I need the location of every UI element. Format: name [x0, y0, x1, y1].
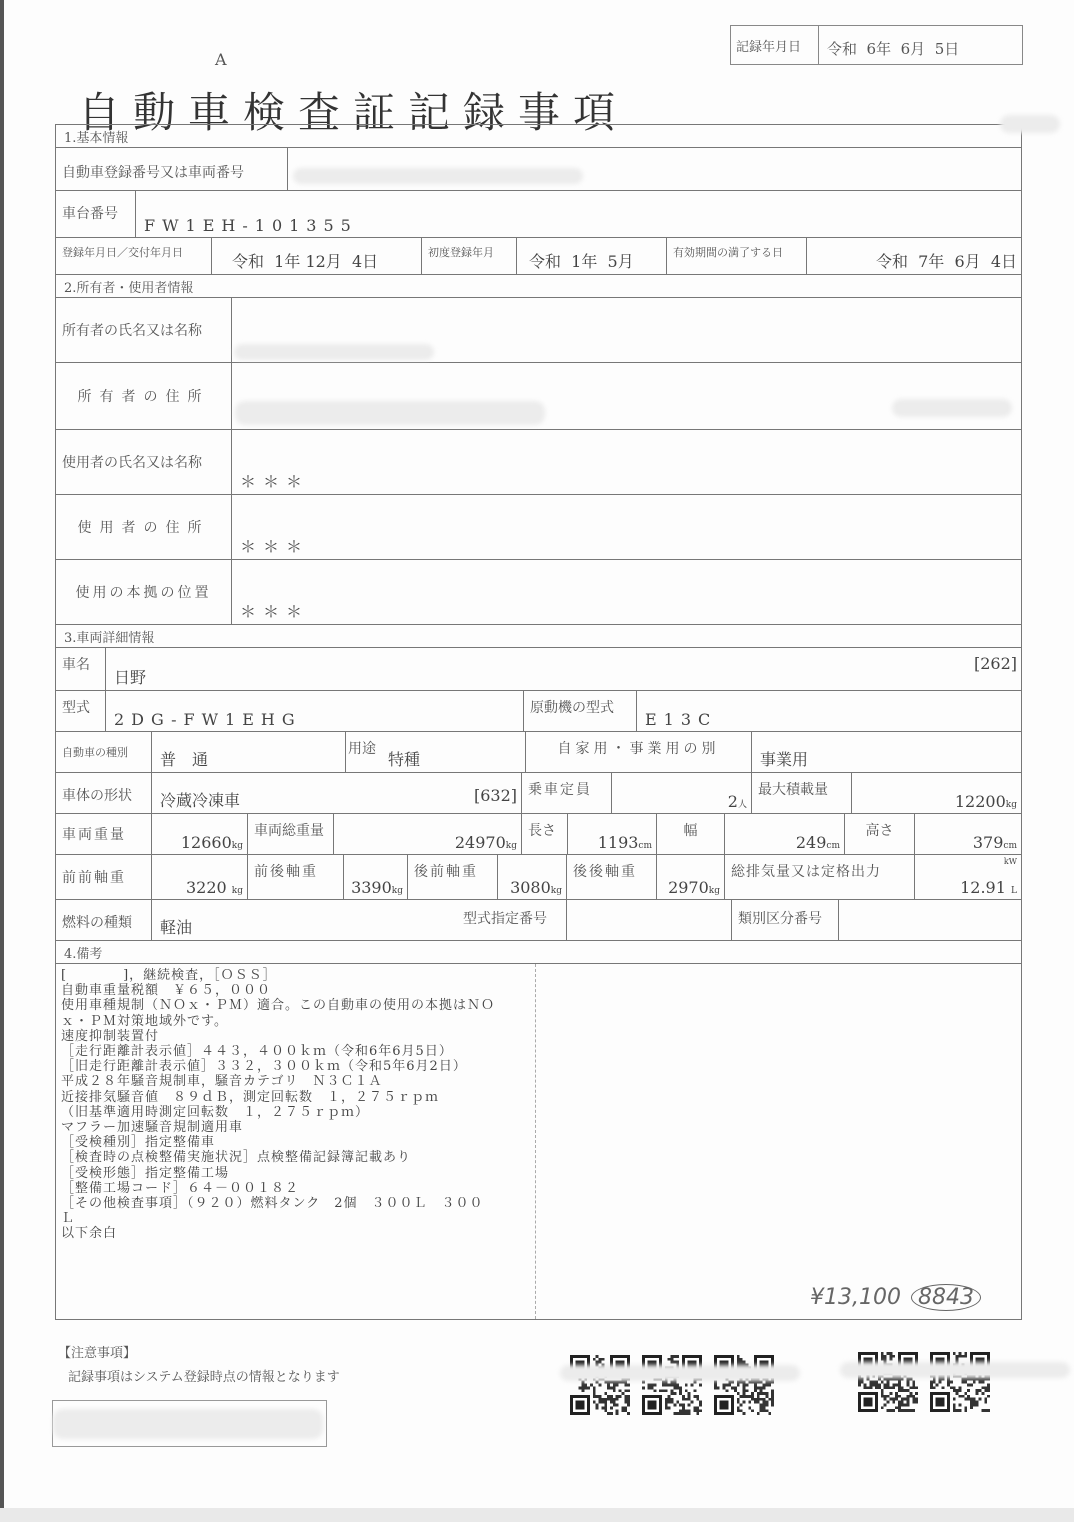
remarks-line: 以下余白	[61, 1226, 530, 1241]
record-date-label: 記録年月日	[731, 26, 819, 64]
qr-code-icon	[930, 1352, 990, 1412]
redacted-qr-band	[840, 1362, 1070, 1378]
user-address-row: 使用者の住所 ＊＊＊	[56, 495, 1021, 560]
body-shape-row: 車体の形状 冷蔵冷凍車 [632] 乗車定員 2人 最大積載量 12200kg	[56, 773, 1021, 814]
user-address-value: ＊＊＊	[240, 534, 309, 557]
engine-value: E13C	[645, 710, 717, 729]
rf-axle-label: 後前軸重	[408, 855, 497, 887]
handwritten-circled-number: 8843	[911, 1284, 981, 1311]
notice-title: 【注意事項】	[58, 1342, 136, 1361]
type-designation-label: 型式指定番号	[457, 900, 566, 934]
user-name-value: ＊＊＊	[240, 469, 309, 492]
use-value: 特種	[388, 747, 420, 770]
owner-address-label: 所有者の住所	[72, 380, 216, 412]
base-location-value: ＊＊＊	[240, 599, 309, 622]
chassis-number-value: FW1EH-101355	[144, 216, 358, 235]
private-business-label: 自家用・事業用の別	[526, 732, 751, 764]
remarks-line: ［旧走行距離計表示値］３３２，３００ｋｍ（令和5年6月2日）	[61, 1059, 530, 1074]
height-label: 高さ	[845, 814, 914, 846]
chassis-number-row: 車台番号 FW1EH-101355	[56, 191, 1021, 238]
redacted-owner-address	[235, 401, 545, 425]
section-owner-heading: 2.所有者・使用者情報	[56, 275, 1021, 298]
redacted-stamp-box	[52, 1400, 327, 1447]
body-shape-code: [632]	[474, 786, 517, 805]
remarks-line: 近接排気騒音値 ８９ｄＢ，測定回転数 １，２７５ｒｐｍ	[61, 1090, 530, 1105]
qr-code-icon	[570, 1355, 630, 1415]
notice-text: 記録事項はシステム登録時点の情報となります	[68, 1366, 340, 1385]
width-label: 幅	[657, 814, 724, 846]
chassis-number-label: 車台番号	[56, 191, 135, 229]
qr-code-icon	[858, 1352, 918, 1412]
kind-row: 自動車の種別 普 通 用途 特種 自家用・事業用の別 事業用	[56, 732, 1021, 773]
form-mark: A	[215, 50, 227, 69]
remarks-line: （旧基準適用時測定回転数 １，２７５ｒｐｍ）	[61, 1105, 530, 1120]
user-address-label: 使用者の住所	[72, 511, 216, 543]
remarks-line: 自動車重量税額 ￥６５，０００	[61, 983, 530, 998]
remarks-line: 平成２８年騒音規制車，騒音カテゴリ Ｎ３Ｃ１Ａ	[61, 1074, 530, 1089]
registration-number-label: 自動車登録番号又は車両番号	[56, 148, 287, 188]
owner-address-row: 所有者の住所	[56, 363, 1021, 430]
vehicle-name-value: 日野	[114, 665, 146, 688]
inspection-form: 1.基本情報 自動車登録番号又は車両番号 車台番号 FW1EH-101355 登…	[55, 124, 1022, 1320]
fr-axle-value: 3390kg	[351, 878, 403, 897]
remarks-line: マフラー加速騒音規制適用車	[61, 1120, 530, 1135]
fuel-row: 燃料の種類 軽油 型式指定番号 類別区分番号	[56, 900, 1021, 941]
kind-value: 普 通	[160, 747, 208, 770]
expiry-label: 有効期間の満了する日	[667, 238, 806, 266]
capacity-label: 乗車定員	[522, 773, 611, 805]
rf-axle-value: 3080kg	[510, 878, 562, 897]
rr-axle-value: 2970kg	[668, 878, 720, 897]
user-name-label: 使用者の氏名又は名称	[56, 446, 208, 478]
section-heading: 3.車両詳細情報	[56, 625, 1021, 647]
remarks-line: ［整備工場コード］６４－００１８２	[61, 1181, 530, 1196]
displacement-value: 12.91 L	[960, 878, 1017, 897]
gross-weight-label: 車両総重量	[248, 814, 333, 846]
base-location-row: 使用の本拠の位置 ＊＊＊	[56, 560, 1021, 625]
qr-code-icon	[642, 1355, 702, 1415]
remarks-line: ｘ・ＰＭ対策地域外です。	[61, 1014, 530, 1029]
redacted-qr-band	[560, 1365, 800, 1381]
owner-name-row: 所有者の氏名又は名称	[56, 298, 1021, 363]
owner-name-label: 所有者の氏名又は名称	[56, 314, 208, 346]
first-registration-value: 令和 1年 5月	[529, 249, 634, 272]
displacement-label: 総排気量又は定格出力	[725, 855, 914, 887]
handwritten-amount: ¥13,100	[810, 1285, 901, 1310]
ff-axle-label: 前前軸重	[56, 855, 151, 893]
first-registration-label: 初度登録年月	[422, 238, 516, 266]
scan-bottom	[0, 1508, 1074, 1522]
remarks-line: [ ]，継続検査，［ＯＳＳ］	[61, 968, 530, 983]
body-shape-label: 車体の形状	[56, 773, 151, 811]
section-heading: 4.備考	[56, 941, 1021, 963]
remarks-line: 速度抑制装置付	[61, 1029, 530, 1044]
remarks-area: [ ]，継続検査，［ＯＳＳ］自動車重量税額 ￥６５，０００使用車種規制（ＮＯｘ・…	[56, 964, 1021, 1319]
dates-row: 登録年月日／交付年月日 令和 1年 12月 4日 初度登録年月 令和 1年 5月…	[56, 238, 1021, 275]
remarks-line: ［その他検査事項］（９２０）燃料タンク 2個 ３００Ｌ ３００	[61, 1196, 530, 1211]
weights-dimensions-row: 車両重量 12660kg 車両総重量 24970kg 長さ 1193cm 幅 2…	[56, 814, 1021, 855]
displacement-unit-kw: kW	[1004, 857, 1017, 866]
axle-weights-row: 前前軸重 3220 kg 前後軸重 3390kg 後前軸重 3080kg 後後軸…	[56, 855, 1021, 900]
fr-axle-label: 前後軸重	[248, 855, 343, 887]
remarks-line: Ｌ	[61, 1211, 530, 1226]
redacted-owner-name	[234, 344, 434, 360]
section-vehicle-heading: 3.車両詳細情報	[56, 625, 1021, 648]
rr-axle-label: 後後軸重	[567, 855, 656, 887]
length-value: 1193cm	[598, 833, 652, 852]
capacity-value: 2人	[728, 792, 747, 811]
redacted-owner-address-2	[892, 399, 1012, 417]
redacted-top-right	[1000, 115, 1060, 133]
model-label: 型式	[56, 691, 105, 723]
remarks-line: ［受検種別］指定整備車	[61, 1135, 530, 1150]
section-basic-heading: 1.基本情報	[56, 125, 1021, 148]
registration-date-value: 令和 1年 12月 4日	[232, 249, 378, 272]
private-business-value: 事業用	[760, 747, 808, 770]
vehicle-name-code: [262]	[974, 654, 1017, 673]
record-date-box: 記録年月日 令和 6年 6月 5日	[730, 25, 1023, 65]
redacted-registration-number	[293, 168, 583, 184]
record-date-value: 令和 6年 6月 5日	[819, 26, 1022, 64]
vehicle-name-row: 車名 日野 [262]	[56, 648, 1021, 691]
user-name-row: 使用者の氏名又は名称 ＊＊＊	[56, 430, 1021, 495]
remarks-line: ［検査時の点検整備実施状況］点検整備記録簿記載あり	[61, 1150, 530, 1165]
remarks-side: ¥13,1008843	[536, 964, 1021, 1319]
length-label: 長さ	[522, 814, 567, 846]
vehicle-weight-label: 車両重量	[56, 814, 151, 850]
scan-edge	[0, 0, 4, 1522]
registration-number-row: 自動車登録番号又は車両番号	[56, 148, 1021, 191]
qr-code-icon	[714, 1355, 774, 1415]
vehicle-name-label: 車名	[56, 648, 105, 680]
remarks-line: 使用車種規制（ＮＯｘ・ＰＭ）適合。この自動車の使用の本拠はＮＯ	[61, 998, 530, 1013]
handwritten-note: ¥13,1008843	[810, 1284, 981, 1311]
registration-date-label: 登録年月日／交付年月日	[56, 238, 211, 266]
section-heading: 1.基本情報	[56, 125, 1021, 147]
base-location-label: 使用の本拠の位置	[70, 576, 218, 608]
section-remarks-heading: 4.備考	[56, 941, 1021, 964]
engine-label: 原動機の型式	[524, 691, 636, 723]
fuel-value: 軽油	[160, 915, 192, 938]
body-shape-value: 冷蔵冷凍車	[160, 788, 240, 811]
model-row: 型式 2DG-FW1EHG 原動機の型式 E13C	[56, 691, 1021, 732]
ff-axle-value: 3220 kg	[186, 878, 243, 897]
use-label: 用途	[346, 732, 386, 764]
section-heading: 2.所有者・使用者情報	[56, 275, 1021, 297]
width-value: 249cm	[796, 833, 840, 852]
vehicle-weight-value: 12660kg	[181, 833, 243, 852]
remarks-line: ［走行距離計表示値］４４３，４００ｋｍ（令和6年6月5日）	[61, 1044, 530, 1059]
remarks-text: [ ]，継続検査，［ＯＳＳ］自動車重量税額 ￥６５，０００使用車種規制（ＮＯｘ・…	[56, 964, 536, 1319]
gross-weight-value: 24970kg	[455, 833, 517, 852]
remarks-line: ［受検形態］指定整備工場	[61, 1166, 530, 1181]
model-value: 2DG-FW1EHG	[114, 710, 302, 729]
max-load-label: 最大積載量	[752, 773, 851, 805]
expiry-value: 令和 7年 6月 4日	[876, 249, 1017, 272]
category-number-label: 類別区分番号	[732, 900, 838, 934]
height-value: 379cm	[973, 833, 1017, 852]
kind-label: 自動車の種別	[56, 732, 151, 766]
max-load-value: 12200kg	[955, 792, 1017, 811]
fuel-label: 燃料の種類	[56, 900, 151, 938]
